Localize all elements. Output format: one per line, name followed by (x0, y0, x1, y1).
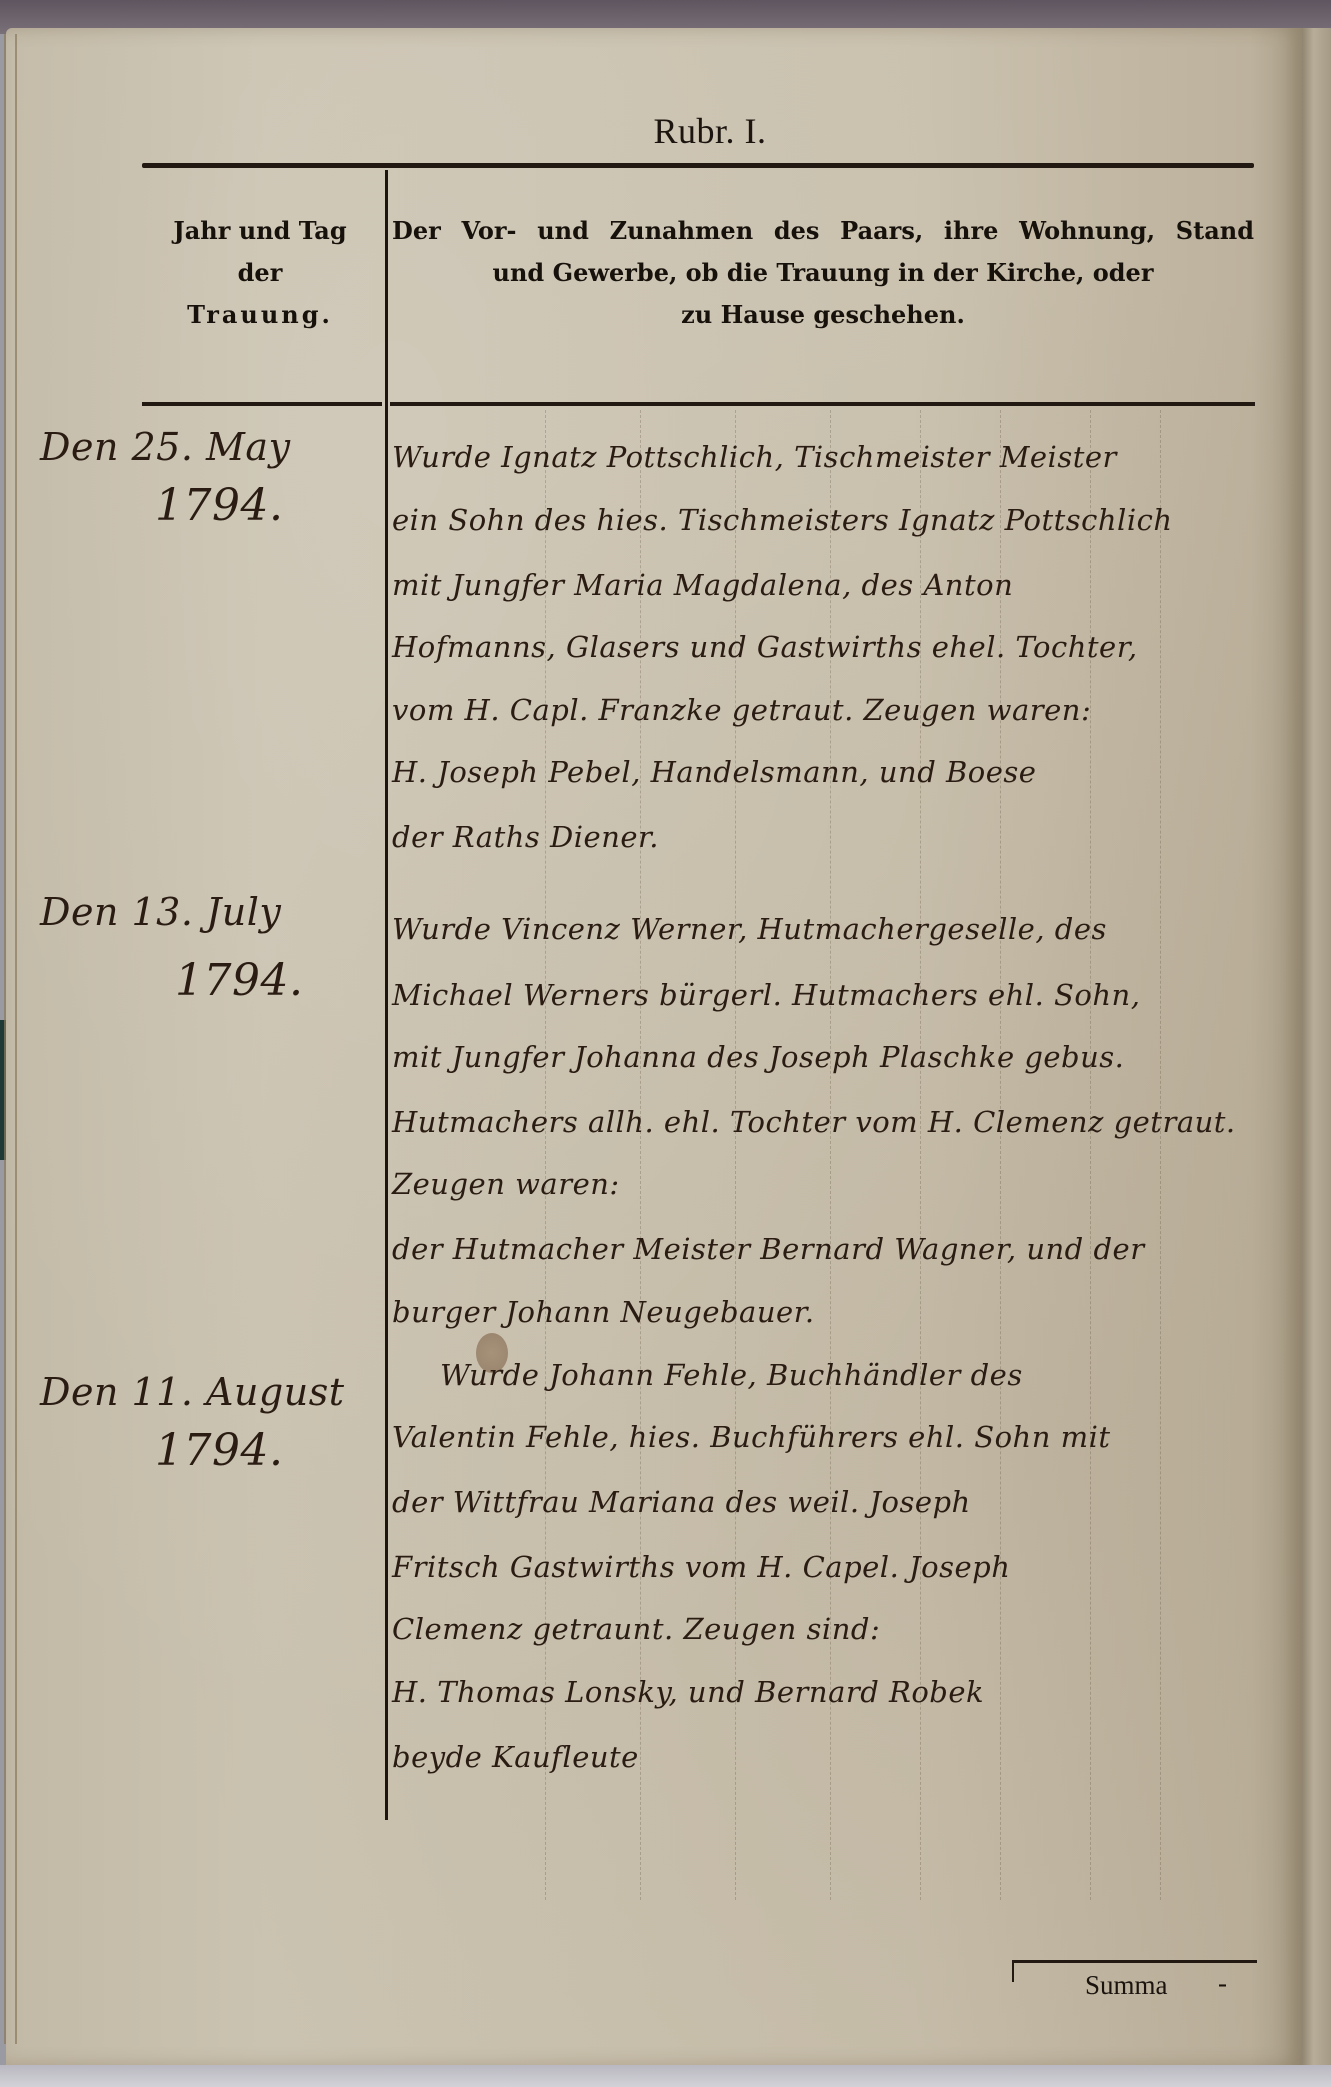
header-line: Der Vor- und Zunahmen des Paars, ihre Wo… (392, 210, 1254, 252)
entry-line: vom H. Capl. Franzke getraut. Zeugen war… (392, 693, 1091, 727)
entry-date: Den 13. July (40, 890, 281, 934)
entry-line: Clemenz getraunt. Zeugen sind: (392, 1612, 880, 1646)
entry-line: Zeugen waren: (392, 1167, 620, 1201)
entry-date: Den 11. August (40, 1370, 345, 1414)
entry-line: mit Jungfer Johanna des Joseph Plaschke … (392, 1040, 1124, 1074)
header-line: zu Hause geschehen. (392, 294, 1254, 336)
entry-line: Michael Werners bürgerl. Hutmachers ehl.… (392, 978, 1140, 1012)
page-stack-edge (1302, 28, 1331, 2068)
entry-line: beyde Kaufleute (392, 1740, 639, 1774)
summa-tick (1012, 1960, 1014, 1982)
entry-line: Hofmanns, Glasers und Gastwirths ehel. T… (392, 630, 1138, 664)
header-line: und Gewerbe, ob die Trauung in der Kirch… (392, 252, 1254, 294)
entry-line: der Wittfrau Mariana des weil. Joseph (392, 1485, 971, 1519)
entry-line: Wurde Vincenz Werner, Hutmachergeselle, … (392, 912, 1107, 946)
entry-line: Valentin Fehle, hies. Buchführers ehl. S… (392, 1420, 1111, 1454)
header-line: Trauung. (145, 294, 375, 336)
entry-year: 1794. (155, 1425, 283, 1476)
entry-line: H. Joseph Pebel, Handelsmann, und Boese (392, 755, 1036, 789)
entry-line: Wurde Ignatz Pottschlich, Tischmeister M… (392, 440, 1117, 474)
entry-line: H. Thomas Lonsky, und Bernard Robek (392, 1675, 984, 1709)
entry-line: Hutmachers allh. ehl. Tochter vom H. Cle… (392, 1105, 1236, 1139)
guide-line (1160, 410, 1162, 1900)
margin-line (15, 34, 17, 2044)
entry-year: 1794. (175, 955, 303, 1006)
column-separator (385, 170, 388, 1820)
header-line: der (145, 252, 375, 294)
margin-line (4, 34, 6, 2044)
entry-line: Fritsch Gastwirths vom H. Capel. Joseph (392, 1550, 1010, 1584)
header-line: Jahr und Tag (145, 210, 375, 252)
header-rule-right (390, 402, 1255, 406)
entry-line: Wurde Johann Fehle, Buchhändler des (440, 1358, 1023, 1392)
entry-year: 1794. (155, 480, 283, 531)
column-header-date: Jahr und Tag der Trauung. (145, 210, 375, 336)
top-rule (142, 163, 1254, 168)
photo-bottom-background (0, 2065, 1331, 2087)
header-rule-left (142, 402, 382, 406)
summa-rule (1012, 1960, 1257, 1963)
summa-value: - (1218, 1968, 1227, 1999)
entry-line: ein Sohn des hies. Tischmeisters Ignatz … (392, 503, 1173, 537)
entry-line: mit Jungfer Maria Magdalena, des Anton (392, 568, 1013, 602)
entry-line: burger Johann Neugebauer. (392, 1295, 815, 1329)
entry-line: der Raths Diener. (392, 820, 659, 854)
summa-label: Summa (1085, 1970, 1168, 2001)
column-header-couple: Der Vor- und Zunahmen des Paars, ihre Wo… (392, 210, 1254, 336)
section-title: Rubr. I. (560, 110, 860, 152)
entry-date: Den 25. May (40, 425, 291, 469)
entry-line: der Hutmacher Meister Bernard Wagner, un… (392, 1232, 1145, 1266)
